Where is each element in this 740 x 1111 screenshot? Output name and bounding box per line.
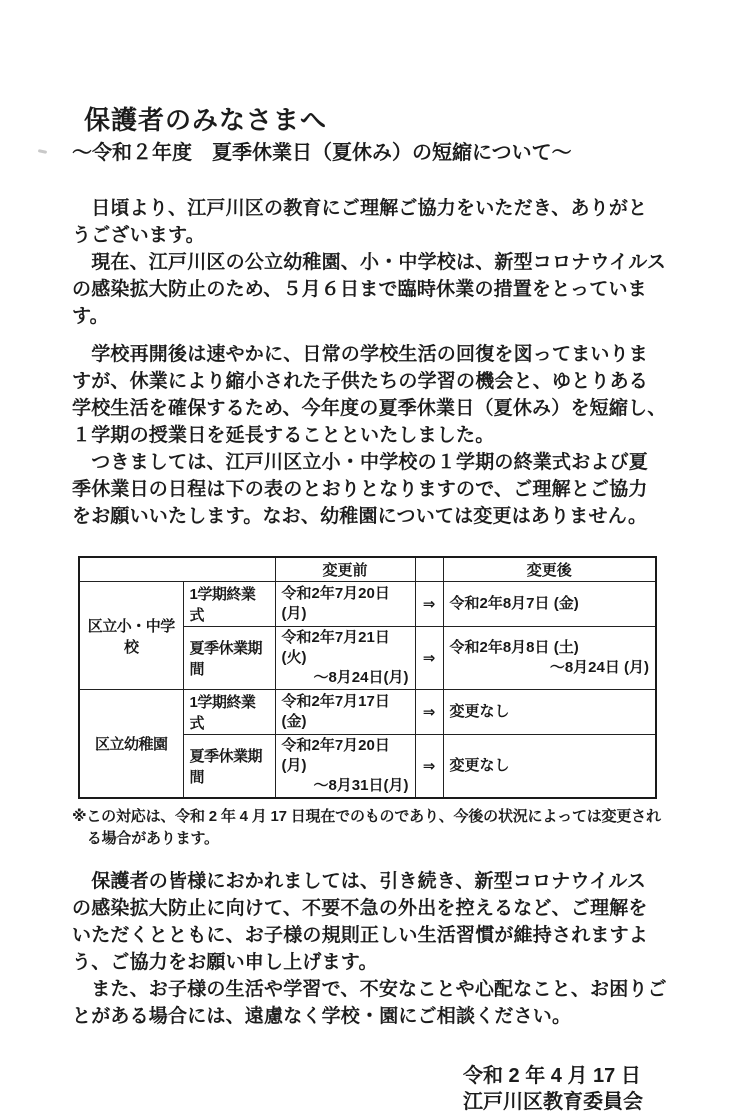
signature-date: 令和 2 年 4 月 17 日 [463,1063,666,1089]
scan-speck [38,149,47,154]
header-before: 変更前 [275,557,415,582]
before-value: 令和2年7月21日(火)～8月24日(月) [275,627,415,690]
arrow-icon: ⇒ [415,582,443,627]
after-value: 変更なし [443,690,656,735]
arrow-icon: ⇒ [415,735,443,799]
table-row-kindergarten-ceremony: 区立幼稚園 1学期終業式 令和2年7月17日(金) ⇒ 変更なし [79,690,656,735]
table-row-elementary-ceremony: 区立小・中学校 1学期終業式 令和2年7月20日(月) ⇒ 令和2年8月7日 (… [79,582,656,627]
item-summer-vacation: 夏季休業期間 [183,735,275,799]
table-header-row: 変更前 変更後 [79,557,656,582]
before-value: 令和2年7月20日(月) [275,582,415,627]
paragraph-closing: 保護者の皆様におかれましては、引き続き、新型コロナウイルス の感染拡大防止に向け… [72,868,666,1030]
after-value: 令和2年8月8日 (土)～8月24日 (月) [443,627,656,690]
header-empty-cell [79,557,275,582]
page-subtitle: ～令和２年度 夏季休業日（夏休み）の短縮について～ [72,141,666,165]
table-note: ※この対応は、令和 2 年 4 月 17 日現在でのものであり、今後の状況によっ… [72,806,666,850]
paragraph-policy: 学校再開後は速やかに、日常の学校生活の回復を図ってまいりま すが、休業により縮小… [72,341,666,530]
schedule-table: 変更前 変更後 区立小・中学校 1学期終業式 令和2年7月20日(月) ⇒ 令和… [78,556,657,799]
item-summer-vacation: 夏季休業期間 [183,627,275,690]
after-value: 令和2年8月7日 (金) [443,582,656,627]
page-title: 保護者のみなさまへ [84,106,666,134]
document-page: 保護者のみなさまへ ～令和２年度 夏季休業日（夏休み）の短縮について～ 日頃より… [72,106,666,1111]
group-kindergarten: 区立幼稚園 [79,690,183,799]
signature-block: 令和 2 年 4 月 17 日 江戸川区教育委員会 [463,1063,666,1111]
arrow-icon: ⇒ [415,690,443,735]
header-arrow-cell [415,557,443,582]
before-value: 令和2年7月17日(金) [275,690,415,735]
arrow-icon: ⇒ [415,627,443,690]
after-value: 変更なし [443,735,656,799]
item-term-end-ceremony: 1学期終業式 [183,582,275,627]
group-elementary-junior: 区立小・中学校 [79,582,183,690]
paragraph-greeting: 日頃より、江戸川区の教育にご理解ご協力をいただき、ありがと うございます。 現在… [72,195,666,330]
signature-organization: 江戸川区教育委員会 [463,1089,666,1111]
item-term-end-ceremony: 1学期終業式 [183,690,275,735]
header-after: 変更後 [443,557,656,582]
before-value: 令和2年7月20日(月)～8月31日(月) [275,735,415,799]
